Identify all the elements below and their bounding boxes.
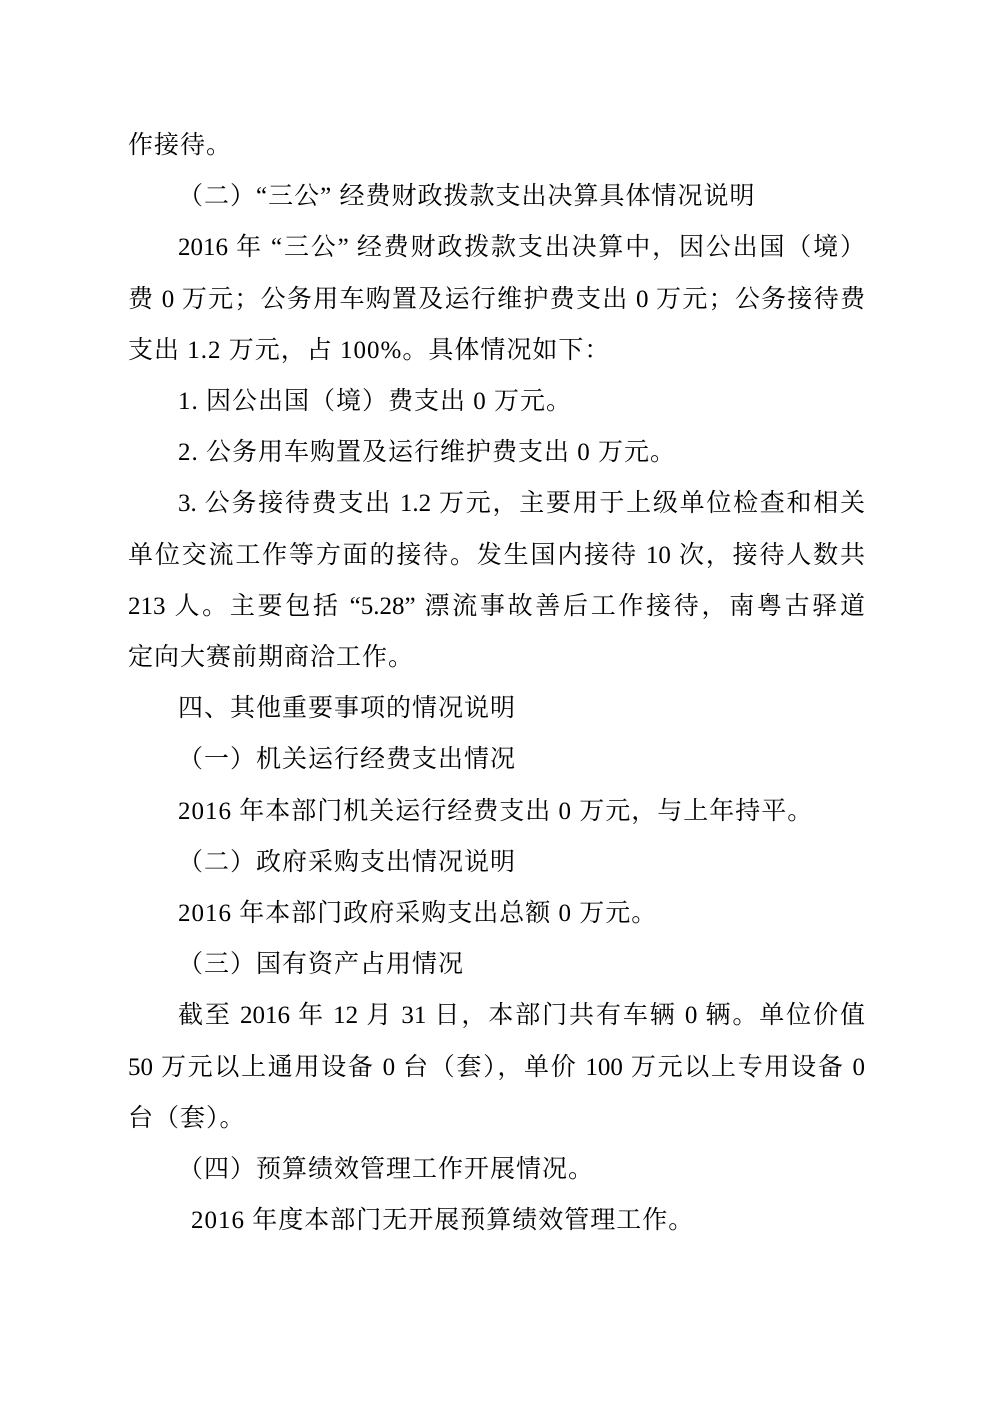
text-line-12: 四、其他重要事项的情况说明 [128, 683, 865, 734]
text-line-22: 2016 年度本部门无开展预算绩效管理工作。 [128, 1195, 865, 1246]
text-line-16: 2016 年本部门政府采购支出总额 0 万元。 [128, 888, 865, 939]
text-line-14: 2016 年本部门机关运行经费支出 0 万元，与上年持平。 [128, 786, 865, 837]
text-line-1: 作接待。 [128, 120, 865, 171]
text-line-6: 1. 因公出国（境）费支出 0 万元。 [128, 376, 865, 427]
text-line-3: 2016 年 “三公” 经费财政拨款支出决算中，因公出国（境） [128, 222, 865, 273]
text-line-17: （三）国有资产占用情况 [128, 939, 865, 990]
text-line-9: 单位交流工作等方面的接待。发生国内接待 10 次，接待人数共 [128, 530, 865, 581]
text-line-2: （二）“三公” 经费财政拨款支出决算具体情况说明 [128, 171, 865, 222]
text-line-18: 截至 2016 年 12 月 31 日，本部门共有车辆 0 辆。单位价值 [128, 990, 865, 1041]
text-line-20: 台（套）。 [128, 1093, 865, 1144]
text-line-21: （四）预算绩效管理工作开展情况。 [128, 1144, 865, 1195]
text-line-15: （二）政府采购支出情况说明 [128, 837, 865, 888]
text-line-8: 3. 公务接待费支出 1.2 万元，主要用于上级单位检查和相关 [128, 478, 865, 529]
text-line-11: 定向大赛前期商洽工作。 [128, 632, 865, 683]
text-line-4: 费 0 万元；公务用车购置及运行维护费支出 0 万元；公务接待费 [128, 274, 865, 325]
document-body: 作接待。（二）“三公” 经费财政拨款支出决算具体情况说明2016 年 “三公” … [128, 120, 865, 1246]
text-line-10: 213 人。主要包括 “5.28” 漂流事故善后工作接待，南粤古驿道 [128, 581, 865, 632]
text-line-5: 支出 1.2 万元，占 100%。具体情况如下： [128, 325, 865, 376]
text-line-19: 50 万元以上通用设备 0 台（套），单价 100 万元以上专用设备 0 [128, 1042, 865, 1093]
text-line-13: （一）机关运行经费支出情况 [128, 734, 865, 785]
text-line-7: 2. 公务用车购置及运行维护费支出 0 万元。 [128, 427, 865, 478]
document-page: 作接待。（二）“三公” 经费财政拨款支出决算具体情况说明2016 年 “三公” … [0, 0, 992, 1403]
